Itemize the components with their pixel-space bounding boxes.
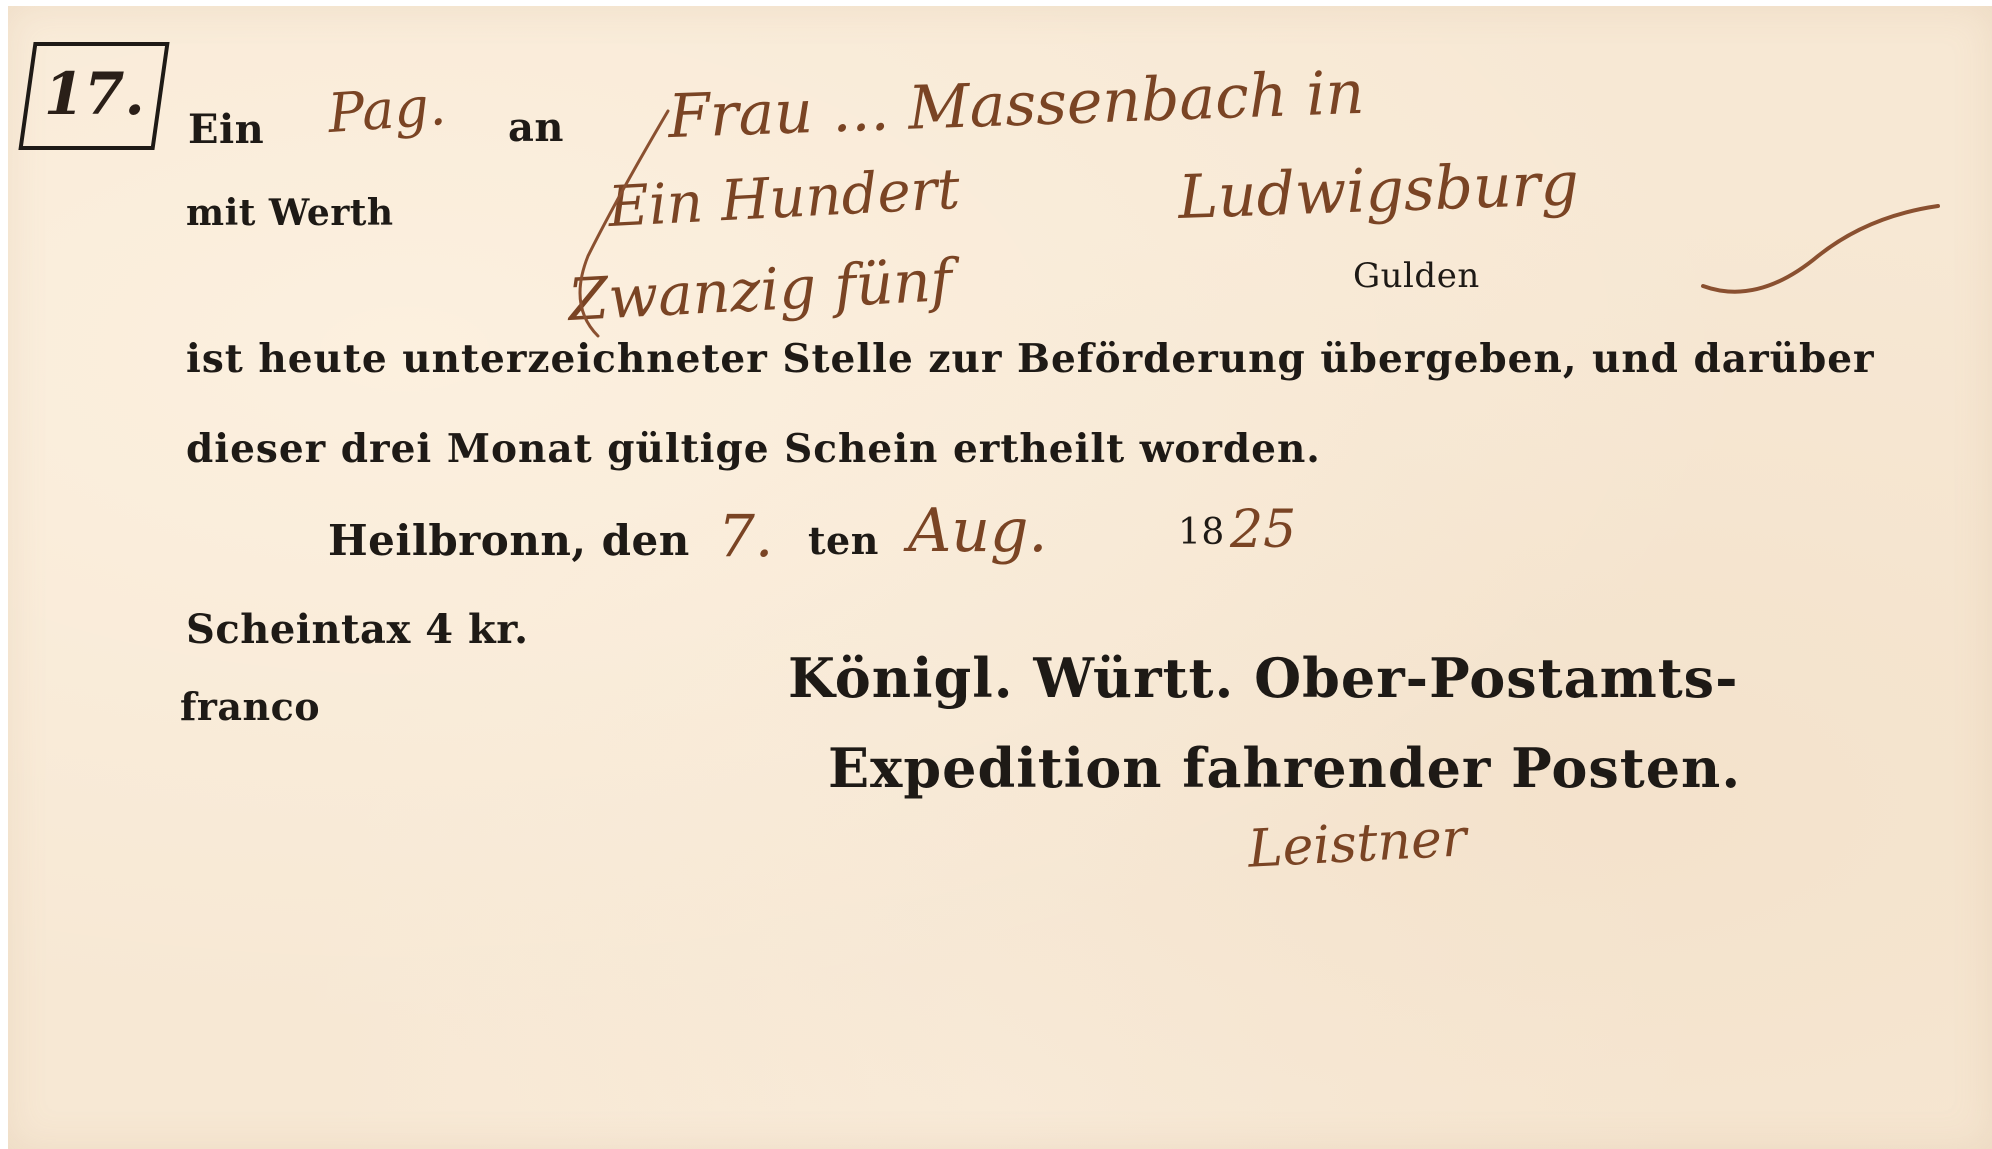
handwritten-day: 7.	[718, 502, 773, 570]
printed-gulden: Gulden	[1353, 256, 1480, 296]
handwritten-item: Pag.	[326, 74, 448, 145]
printed-year-prefix: 18	[1178, 512, 1225, 553]
entry-number: 17.	[30, 46, 158, 142]
handwritten-month: Aug.	[908, 496, 1047, 566]
paper-document: 17. Ein Pag. an Frau ... Massenbach in m…	[8, 6, 1992, 1149]
printed-fee: Scheintax 4 kr.	[186, 606, 529, 653]
handwritten-addressee: Frau ... Massenbach in	[667, 58, 1365, 152]
printed-body-line-2: dieser drei Monat gültige Schein ertheil…	[186, 426, 1321, 472]
printed-an: an	[508, 104, 564, 151]
printed-body-line-1: ist heute unterzeichneter Stelle zur Bef…	[186, 336, 1875, 382]
printed-place-date: Heilbronn, den	[328, 516, 690, 565]
handwritten-year-suffix: 25	[1230, 500, 1296, 560]
printed-mit-werth: mit Werth	[186, 192, 394, 234]
printed-ten: ten	[808, 518, 879, 563]
pen-flourish-right	[1698, 196, 1948, 306]
printed-ein: Ein	[188, 106, 264, 153]
printed-franco: franco	[180, 684, 320, 729]
pen-flourish-left	[558, 106, 678, 346]
handwritten-signature: Leistner	[1247, 808, 1468, 879]
handwritten-place: Ludwigsburg	[1177, 149, 1580, 233]
entry-number-box: 17.	[18, 42, 169, 150]
printed-office-line-2: Expedition fahrender Posten.	[828, 736, 1741, 800]
printed-office-line-1: Königl. Württ. Ober-Postamts-	[788, 646, 1738, 710]
